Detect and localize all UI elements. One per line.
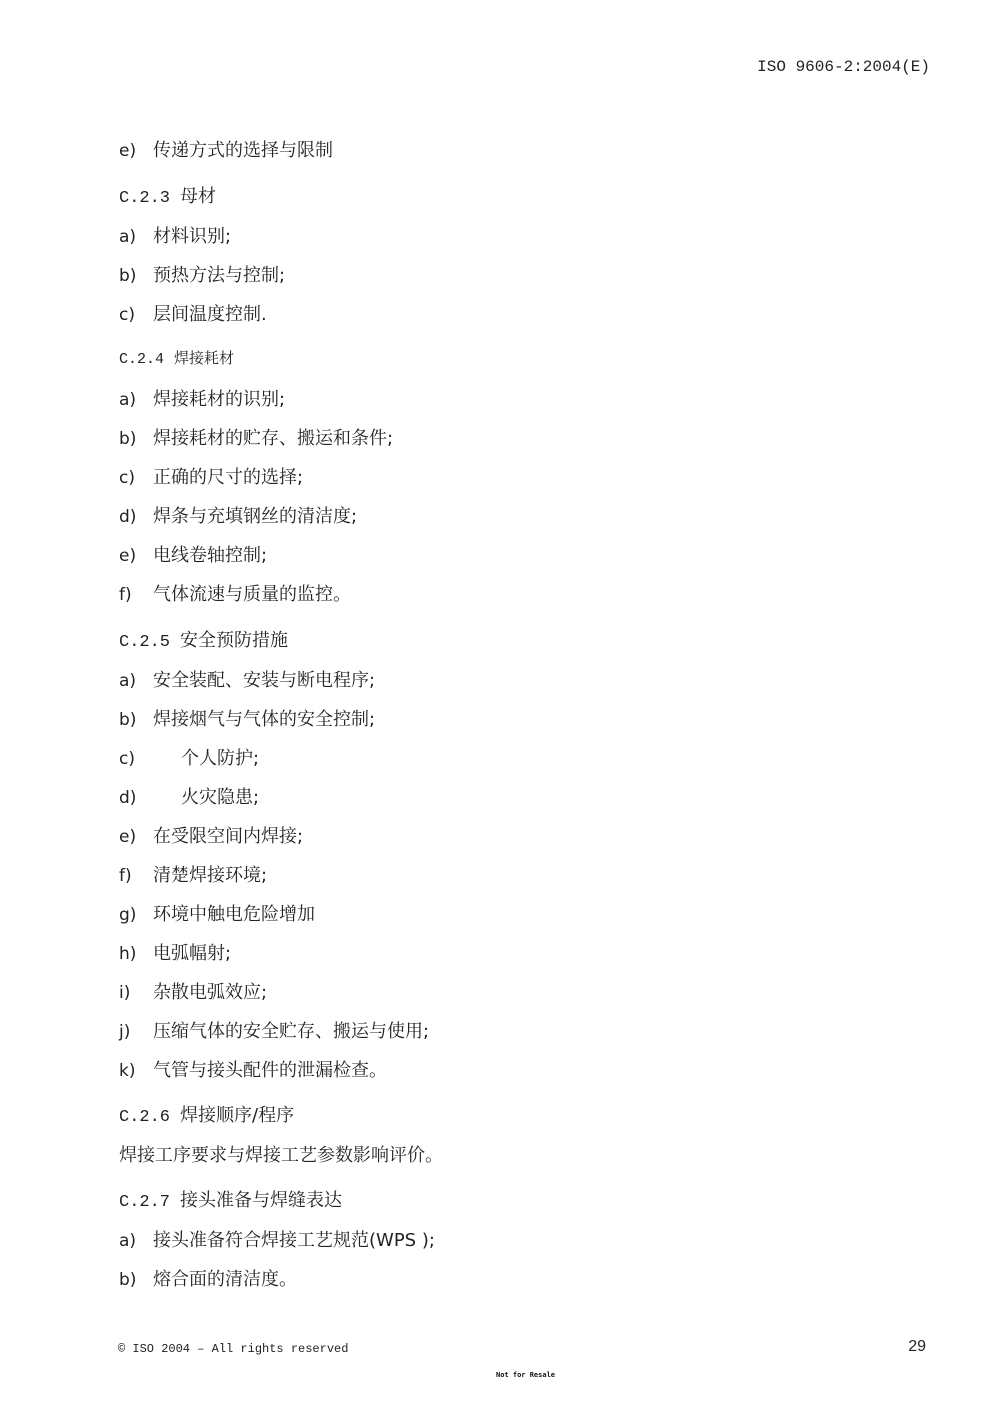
list-marker: c) — [119, 468, 153, 488]
section-title: 母材 — [180, 182, 216, 208]
list-item-text: 个人防护; — [153, 744, 259, 770]
section-number: C.2.7 — [119, 1193, 170, 1212]
section-title: 焊接顺序/程序 — [180, 1101, 294, 1127]
list-marker: f) — [119, 585, 153, 605]
section-heading: C.2.7接头准备与焊缝表达 — [119, 1186, 342, 1212]
list-marker: b) — [119, 429, 153, 449]
list-marker: c) — [119, 749, 153, 769]
list-marker: j) — [119, 1022, 153, 1042]
list-item: d)火灾隐患; — [119, 783, 259, 809]
list-item: a)安全装配、安装与断电程序; — [119, 666, 375, 692]
list-marker: b) — [119, 266, 153, 286]
list-item-text: 焊接耗材的识别; — [153, 385, 285, 411]
list-marker: b) — [119, 710, 153, 730]
list-item: e)在受限空间内焊接; — [119, 822, 303, 848]
copyright-notice: © ISO 2004 – All rights reserved — [118, 1342, 348, 1356]
list-item: a)焊接耗材的识别; — [119, 385, 285, 411]
list-marker: a) — [119, 227, 153, 247]
list-item-text: 传递方式的选择与限制 — [153, 136, 333, 162]
page-number: 29 — [908, 1338, 926, 1356]
list-item: c)正确的尺寸的选择; — [119, 463, 303, 489]
list-item-text: 预热方法与控制; — [153, 261, 285, 287]
list-item: j)压缩气体的安全贮存、搬运与使用; — [119, 1017, 429, 1043]
list-item-text: 杂散电弧效应; — [153, 978, 267, 1004]
list-item-text: 安全装配、安装与断电程序; — [153, 666, 375, 692]
section-number: C.2.5 — [119, 633, 170, 652]
list-item: f)清楚焊接环境; — [119, 861, 267, 887]
list-item-text: 焊条与充填钢丝的清洁度; — [153, 502, 357, 528]
list-item-text: 气体流速与质量的监控。 — [153, 580, 351, 606]
list-marker: g) — [119, 905, 153, 925]
list-item: c)层间温度控制. — [119, 300, 267, 326]
list-marker: e) — [119, 546, 153, 566]
list-marker: f) — [119, 866, 153, 886]
list-item: a)材料识别; — [119, 222, 231, 248]
list-item-text: 在受限空间内焊接; — [153, 822, 303, 848]
list-marker: a) — [119, 671, 153, 691]
list-item: f)气体流速与质量的监控。 — [119, 580, 351, 606]
list-marker: b) — [119, 1270, 153, 1290]
list-item-text: 焊接耗材的贮存、搬运和条件; — [153, 424, 393, 450]
section-title: 焊接耗材 — [174, 347, 234, 368]
list-item: b)预热方法与控制; — [119, 261, 285, 287]
section-title: 接头准备与焊缝表达 — [180, 1186, 342, 1212]
list-item-text: 清楚焊接环境; — [153, 861, 267, 887]
list-item: i)杂散电弧效应; — [119, 978, 267, 1004]
paragraph: 焊接工序要求与焊接工艺参数影响评价。 — [119, 1141, 443, 1167]
resale-notice: Not for Resale — [496, 1371, 555, 1379]
section-number: C.2.4 — [119, 351, 164, 368]
list-marker: e) — [119, 827, 153, 847]
list-item-text: 正确的尺寸的选择; — [153, 463, 303, 489]
list-marker: e) — [119, 141, 153, 161]
section-heading: C.2.3母材 — [119, 182, 216, 208]
list-item-text: 气管与接头配件的泄漏检查。 — [153, 1056, 387, 1082]
section-number: C.2.3 — [119, 189, 170, 208]
list-item: a)接头准备符合焊接工艺规范(WPS ); — [119, 1226, 435, 1252]
list-item-text: 层间温度控制. — [153, 300, 267, 326]
list-item-text: 压缩气体的安全贮存、搬运与使用; — [153, 1017, 429, 1043]
list-item-text: 环境中触电危险增加 — [153, 900, 315, 926]
list-marker: c) — [119, 305, 153, 325]
list-item-text: 接头准备符合焊接工艺规范(WPS ); — [153, 1226, 435, 1252]
list-item: b)焊接烟气与气体的安全控制; — [119, 705, 375, 731]
section-heading: C.2.4焊接耗材 — [119, 347, 234, 368]
list-item: e)电线卷轴控制; — [119, 541, 267, 567]
list-item-text: 电线卷轴控制; — [153, 541, 267, 567]
list-item: h)电弧幅射; — [119, 939, 231, 965]
list-item-text: 火灾隐患; — [153, 783, 259, 809]
section-heading: C.2.6焊接顺序/程序 — [119, 1101, 294, 1127]
list-marker: i) — [119, 983, 153, 1003]
list-item: d)焊条与充填钢丝的清洁度; — [119, 502, 357, 528]
list-marker: h) — [119, 944, 153, 964]
section-heading: C.2.5安全预防措施 — [119, 626, 288, 652]
list-marker: k) — [119, 1061, 153, 1081]
list-item: b)焊接耗材的贮存、搬运和条件; — [119, 424, 393, 450]
section-number: C.2.6 — [119, 1108, 170, 1127]
section-title: 安全预防措施 — [180, 626, 288, 652]
list-marker: d) — [119, 788, 153, 808]
list-marker: a) — [119, 1231, 153, 1251]
list-item-text: 材料识别; — [153, 222, 231, 248]
list-item: b)熔合面的清洁度。 — [119, 1265, 297, 1291]
list-item-text: 电弧幅射; — [153, 939, 231, 965]
list-item: k)气管与接头配件的泄漏检查。 — [119, 1056, 387, 1082]
list-item: c)个人防护; — [119, 744, 259, 770]
list-item: g)环境中触电危险增加 — [119, 900, 315, 926]
list-marker: a) — [119, 390, 153, 410]
list-marker: d) — [119, 507, 153, 527]
list-item: e)传递方式的选择与限制 — [119, 136, 333, 162]
paragraph-text: 焊接工序要求与焊接工艺参数影响评价。 — [119, 1141, 443, 1167]
list-item-text: 熔合面的清洁度。 — [153, 1265, 297, 1291]
document-id: ISO 9606-2:2004(E) — [757, 58, 930, 76]
list-item-text: 焊接烟气与气体的安全控制; — [153, 705, 375, 731]
